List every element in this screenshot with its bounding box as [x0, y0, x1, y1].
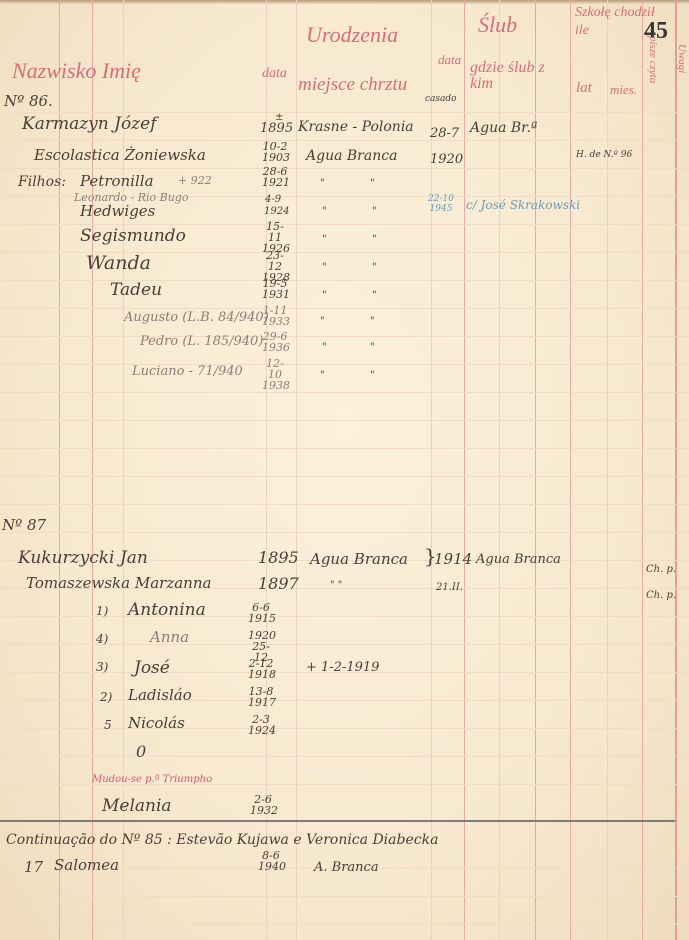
column-line — [296, 0, 297, 940]
parent-name: Escolastica Żoniewska — [34, 146, 206, 164]
header-birth-date: data — [262, 66, 287, 82]
child-name: Nicolás — [128, 714, 185, 732]
child-name: Antonina — [128, 600, 206, 620]
ditto-mark: " — [372, 290, 377, 301]
child-order: 5 — [104, 718, 112, 732]
child-name: Anna — [150, 628, 189, 646]
ditto-mark: " — [370, 178, 375, 189]
row-line — [0, 364, 689, 365]
header-remarks: Uwagi — [676, 44, 688, 114]
child-birth-date: 13-8 1917 — [248, 686, 274, 708]
ditto-mark: " — [370, 370, 375, 381]
parent-birth-place: Agua Branca — [306, 148, 397, 164]
header-marriage-date: data — [438, 52, 461, 68]
marriage-status-label: casado — [425, 94, 457, 104]
ditto-mark: " — [322, 234, 327, 245]
parent-birth-place: Krasne - Polonia — [298, 119, 414, 135]
header-birth-group: Urodzenia — [306, 22, 398, 48]
parent-remarks: Ch. p. — [646, 564, 676, 575]
child-birth-date: 28-6 1921 — [262, 166, 288, 188]
family-number: Nº 86. — [4, 92, 53, 110]
column-line — [535, 0, 536, 940]
child-birth-place: A. Branca — [314, 860, 379, 875]
row-line — [0, 392, 689, 393]
continuation-note: Continuação do Nº 85 : Estevão Kujawa e … — [6, 832, 438, 848]
child-birth-date: 12-10 1938 — [262, 358, 288, 391]
row-line — [0, 924, 689, 925]
parent-birth-date: 1895 — [258, 548, 299, 567]
child-name: Ladisláo — [128, 686, 192, 704]
ditto-mark: " — [322, 262, 327, 273]
row-line — [0, 140, 689, 141]
header-school-months: mies. — [610, 82, 637, 98]
child-birth-date: 4-9 — [265, 194, 281, 205]
column-line — [464, 0, 465, 940]
column-line — [675, 0, 677, 940]
row-line — [0, 756, 689, 757]
child-marriage-place: c/ José Skrakowski — [466, 198, 580, 212]
header-marriage-group: Ślub — [478, 12, 517, 38]
parent-marriage-place: Agua Br.ª — [470, 120, 537, 136]
parent-birth-date: 1897 — [258, 574, 299, 593]
child-birth-date: 2-3 1924 — [248, 714, 274, 736]
ditto-mark: " — [370, 316, 375, 327]
child-order: 3) — [96, 660, 108, 674]
child-name: Segismundo — [80, 226, 186, 246]
child-name: José — [134, 658, 170, 678]
child-name: Luciano - 71/940 — [132, 364, 243, 379]
parent-name: Kukurzycki Jan — [18, 548, 148, 568]
column-line — [570, 0, 571, 940]
parent-marriage-place: Agua Branca — [476, 552, 561, 567]
child-birth-date: 8-6 1940 — [258, 850, 284, 872]
ditto-mark: " — [372, 262, 377, 273]
row-line — [0, 476, 689, 477]
ditto-mark: " — [370, 342, 375, 353]
moved-note: Mudou-se p.ª Triumpho — [92, 774, 212, 785]
row-line — [0, 280, 689, 281]
child-birth-date: 6-6 1915 — [248, 602, 274, 624]
child-name: 0 — [136, 742, 146, 761]
ditto-mark: " — [322, 290, 327, 301]
ditto-mark: " " — [330, 580, 342, 591]
child-marriage-date: 22-10 1945 — [428, 194, 454, 214]
row-line — [0, 504, 689, 505]
column-line — [607, 0, 608, 940]
child-name: Salomea — [54, 856, 119, 874]
child-birth-date: 1-11 1933 — [262, 305, 288, 327]
ditto-mark: " — [322, 206, 327, 217]
header-school-years: lat — [576, 80, 592, 97]
child-name: Melania — [102, 796, 172, 816]
child-order: 17 — [24, 858, 43, 876]
row-line — [0, 308, 689, 309]
ditto-mark: " — [320, 178, 325, 189]
ditto-mark: " — [322, 342, 327, 353]
children-label: Filhos: — [18, 174, 66, 190]
parent-name: Karmazyn Józef — [22, 114, 157, 134]
column-line — [92, 0, 93, 940]
header-school-group: Szkołę chodził ile — [575, 4, 655, 40]
header-reading-writing: pisze czyta — [647, 36, 659, 96]
header-surname-name: Nazwisko Imię — [12, 58, 141, 84]
parent-birth-date: 10-2 1903 — [262, 141, 288, 163]
parent-marriage-date: 1914 — [434, 550, 472, 568]
section-divider — [0, 820, 675, 822]
column-line — [59, 0, 60, 940]
child-birth-date: 1924 — [264, 206, 289, 217]
row-line — [0, 224, 689, 225]
child-birth-date: 2-6 1932 — [250, 794, 276, 816]
ditto-mark: " — [372, 206, 377, 217]
parent-marriage-date: 21.II. — [436, 582, 463, 593]
header-marriage-place: gdzie ślub z kim — [470, 60, 556, 92]
parent-remarks: H. de N.º 96 — [576, 150, 632, 160]
child-name: Augusto (L.B. 84/940) — [124, 310, 269, 325]
register-page: 45 Nazwisko Imię data Urodzenia miejsce … — [0, 0, 689, 940]
child-name: Tadeu — [110, 280, 162, 300]
row-line — [0, 336, 689, 337]
parent-remarks: Ch. p. — [646, 590, 676, 601]
row-line — [0, 532, 689, 533]
child-death-date: + 1-2-1919 — [306, 660, 379, 675]
parent-birth-date: 1895 — [260, 121, 293, 136]
ditto-mark: " — [320, 370, 325, 381]
child-name: Pedro (L. 185/940) — [140, 334, 263, 349]
child-name: Hedwiges — [80, 202, 155, 220]
child-name: Wanda — [86, 252, 151, 274]
child-birth-date: 2-12 1918 — [248, 658, 274, 680]
column-line — [499, 0, 500, 940]
ditto-mark: " — [372, 234, 377, 245]
row-line — [0, 112, 689, 113]
header-birth-place: miejsce chrztu — [298, 74, 407, 96]
child-order: 4) — [96, 632, 108, 646]
column-line — [642, 0, 643, 940]
child-name: Petronilla — [80, 172, 154, 190]
row-line — [0, 168, 689, 169]
child-birth-date: 29-6 1936 — [262, 331, 288, 353]
child-birth-date: 19-5 1931 — [262, 278, 288, 300]
parent-name: Tomaszewska Marzanna — [26, 574, 211, 592]
child-order: 2) — [100, 690, 112, 704]
row-line — [0, 420, 689, 421]
row-line — [0, 448, 689, 449]
child-note: + 922 — [178, 174, 212, 187]
row-line — [0, 896, 689, 897]
family-number: Nº 87 — [2, 516, 46, 534]
parent-marriage-date: 28-7 1920 — [430, 121, 460, 173]
parent-birth-place: Agua Branca — [310, 550, 408, 568]
ditto-mark: " — [320, 316, 325, 327]
child-order: 1) — [96, 604, 108, 618]
